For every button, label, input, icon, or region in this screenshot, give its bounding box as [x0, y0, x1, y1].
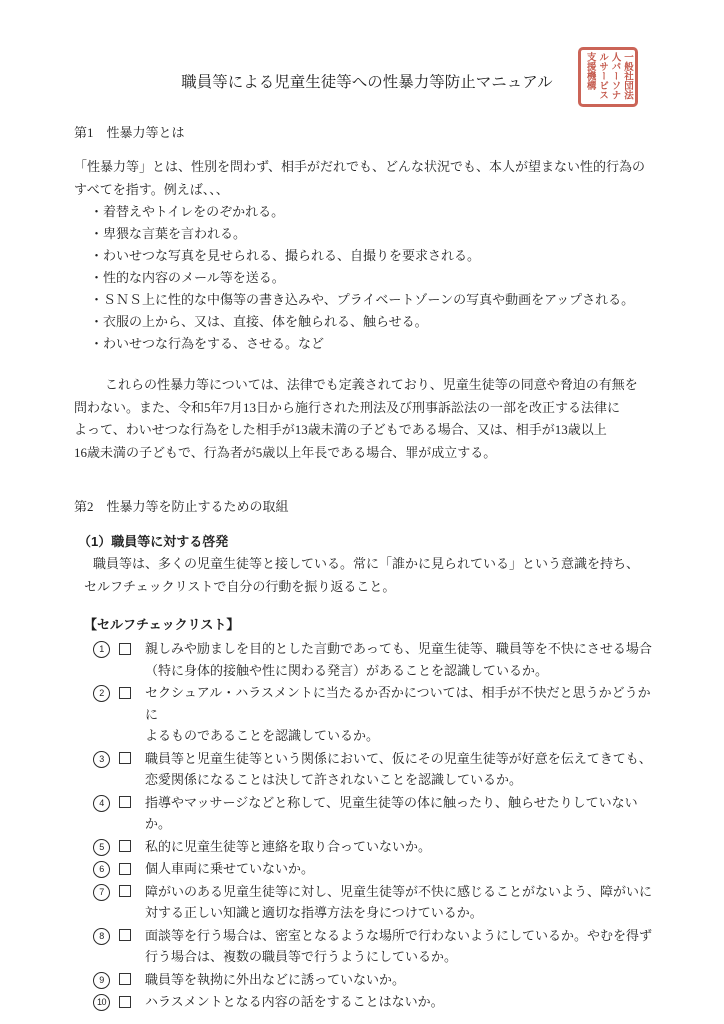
examples-bullet-list: ・着替えやトイレをのぞかれる。 ・卑猥な言葉を言われる。 ・わいせつな写真を見せ… — [90, 201, 660, 355]
bullet-item: ・わいせつな行為をする、させる。など — [90, 333, 660, 355]
bullet-item: ・性的な内容のメール等を送る。 — [90, 267, 660, 289]
organization-seal: 一般社団法 人パーソナ ルサービス 支援機構 — [578, 47, 638, 107]
seal-text-column: 一般社団法 — [621, 52, 632, 102]
bullet-item: ・衣服の上から、又は、直接、体を触られる、触らせる。 — [90, 311, 660, 333]
seal-text-column: 人パーソナ — [609, 52, 620, 102]
checklist-item: 5 私的に児童生徒等と連絡を取り合っていないか。 — [93, 836, 660, 858]
bullet-item: ・卑猥な言葉を言われる。 — [90, 223, 660, 245]
checkbox-icon — [119, 840, 131, 852]
checkbox-icon — [119, 973, 131, 985]
checklist-item: 4 指導やマッサージなどと称して、児童生徒等の体に触ったり、触らせたりしていない… — [93, 792, 660, 835]
checkbox-icon — [119, 929, 131, 941]
checkbox-icon — [119, 796, 131, 808]
checklist-item: 9 職員等を執拗に外出などに誘っていないか。 — [93, 969, 660, 991]
circled-number: 10 — [93, 994, 110, 1011]
seal-text-column: ルサービス — [596, 52, 607, 102]
seal-text-column: 支援機構 — [584, 52, 595, 102]
checkbox-icon — [119, 643, 131, 655]
subsection1-body: 職員等は、多くの児童生徒等と接している。常に「誰かに見られている」という意識を持… — [84, 553, 660, 598]
checkbox-icon — [119, 996, 131, 1008]
circled-number: 2 — [93, 685, 110, 702]
document-page: 一般社団法 人パーソナ ルサービス 支援機構 職員等による児童生徒等への性暴力等… — [0, 0, 724, 1024]
circled-number: 8 — [93, 928, 110, 945]
checklist-item: 8 面談等を行う場合は、密室となるような場所で行わないようにしているか。やむを得… — [93, 925, 660, 968]
checklist-item: 7 障がいのある児童生徒等に対し、児童生徒等が不快に感じることがないよう、障がい… — [93, 881, 660, 924]
checklist-item-text: 障がいのある児童生徒等に対し、児童生徒等が不快に感じることがないよう、障がいに … — [145, 881, 660, 924]
checklist-item-text: 面談等を行う場合は、密室となるような場所で行わないようにしているか。やむを得ず … — [145, 925, 660, 968]
page-title: 職員等による児童生徒等への性暴力等防止マニュアル — [74, 72, 660, 93]
self-checklist-heading: 【セルフチェックリスト】 — [84, 614, 660, 636]
self-checklist: 1 親しみや励ましを目的とした言動であっても、児童生徒等、職員等を不快にさせる場… — [93, 638, 660, 1013]
circled-number: 4 — [93, 795, 110, 812]
checklist-item-text: 私的に児童生徒等と連絡を取り合っていないか。 — [145, 836, 660, 858]
checklist-item-text: 個人車両に乗せていないか。 — [145, 858, 660, 880]
checklist-item: 1 親しみや励ましを目的とした言動であっても、児童生徒等、職員等を不快にさせる場… — [93, 638, 660, 681]
circled-number: 5 — [93, 839, 110, 856]
checklist-item-text: 職員等を執拗に外出などに誘っていないか。 — [145, 969, 660, 991]
circled-number: 9 — [93, 972, 110, 989]
law-paragraph: これらの性暴力等については、法律でも定義されており、児童生徒等の同意や脅迫の有無… — [74, 374, 660, 464]
bullet-item: ・着替えやトイレをのぞかれる。 — [90, 201, 660, 223]
checkbox-icon — [119, 863, 131, 875]
circled-number: 1 — [93, 641, 110, 658]
checklist-item: 2 セクシュアル・ハラスメントに当たるか否かについては、相手が不快だと思うかどう… — [93, 682, 660, 747]
checkbox-icon — [119, 752, 131, 764]
section1-heading: 第1 性暴力等とは — [74, 122, 660, 144]
checklist-item: 3 職員等と児童生徒等という関係において、仮にその児童生徒等が好意を伝えてきても… — [93, 748, 660, 791]
subsection1-heading: （1）職員等に対する啓発 — [78, 531, 660, 553]
checkbox-icon — [119, 885, 131, 897]
bullet-item: ・ＳＮＳ上に性的な中傷等の書き込みや、プライベートゾーンの写真や動画をアップされ… — [90, 289, 660, 311]
checklist-item-text: 指導やマッサージなどと称して、児童生徒等の体に触ったり、触らせたりしていないか。 — [145, 792, 660, 835]
checklist-item-text: セクシュアル・ハラスメントに当たるか否かについては、相手が不快だと思うかどうかに… — [145, 682, 660, 747]
checklist-item-text: 親しみや励ましを目的とした言動であっても、児童生徒等、職員等を不快にさせる場合 … — [145, 638, 660, 681]
circled-number: 7 — [93, 884, 110, 901]
circled-number: 6 — [93, 861, 110, 878]
circled-number: 3 — [93, 751, 110, 768]
section2-heading: 第2 性暴力等を防止するための取組 — [74, 496, 660, 518]
bullet-item: ・わいせつな写真を見せられる、撮られる、自撮りを要求される。 — [90, 245, 660, 267]
section1-intro-paragraph: 「性暴力等」とは、性別を問わず、相手がだれでも、どんな状況でも、本人が望まない性… — [74, 156, 660, 201]
checklist-item-text: 職員等と児童生徒等という関係において、仮にその児童生徒等が好意を伝えてきても、 … — [145, 748, 660, 791]
checklist-item: 10 ハラスメントとなる内容の話をすることはないか。 — [93, 991, 660, 1013]
checklist-item-text: ハラスメントとなる内容の話をすることはないか。 — [145, 991, 660, 1013]
checkbox-icon — [119, 687, 131, 699]
checklist-item: 6 個人車両に乗せていないか。 — [93, 858, 660, 880]
